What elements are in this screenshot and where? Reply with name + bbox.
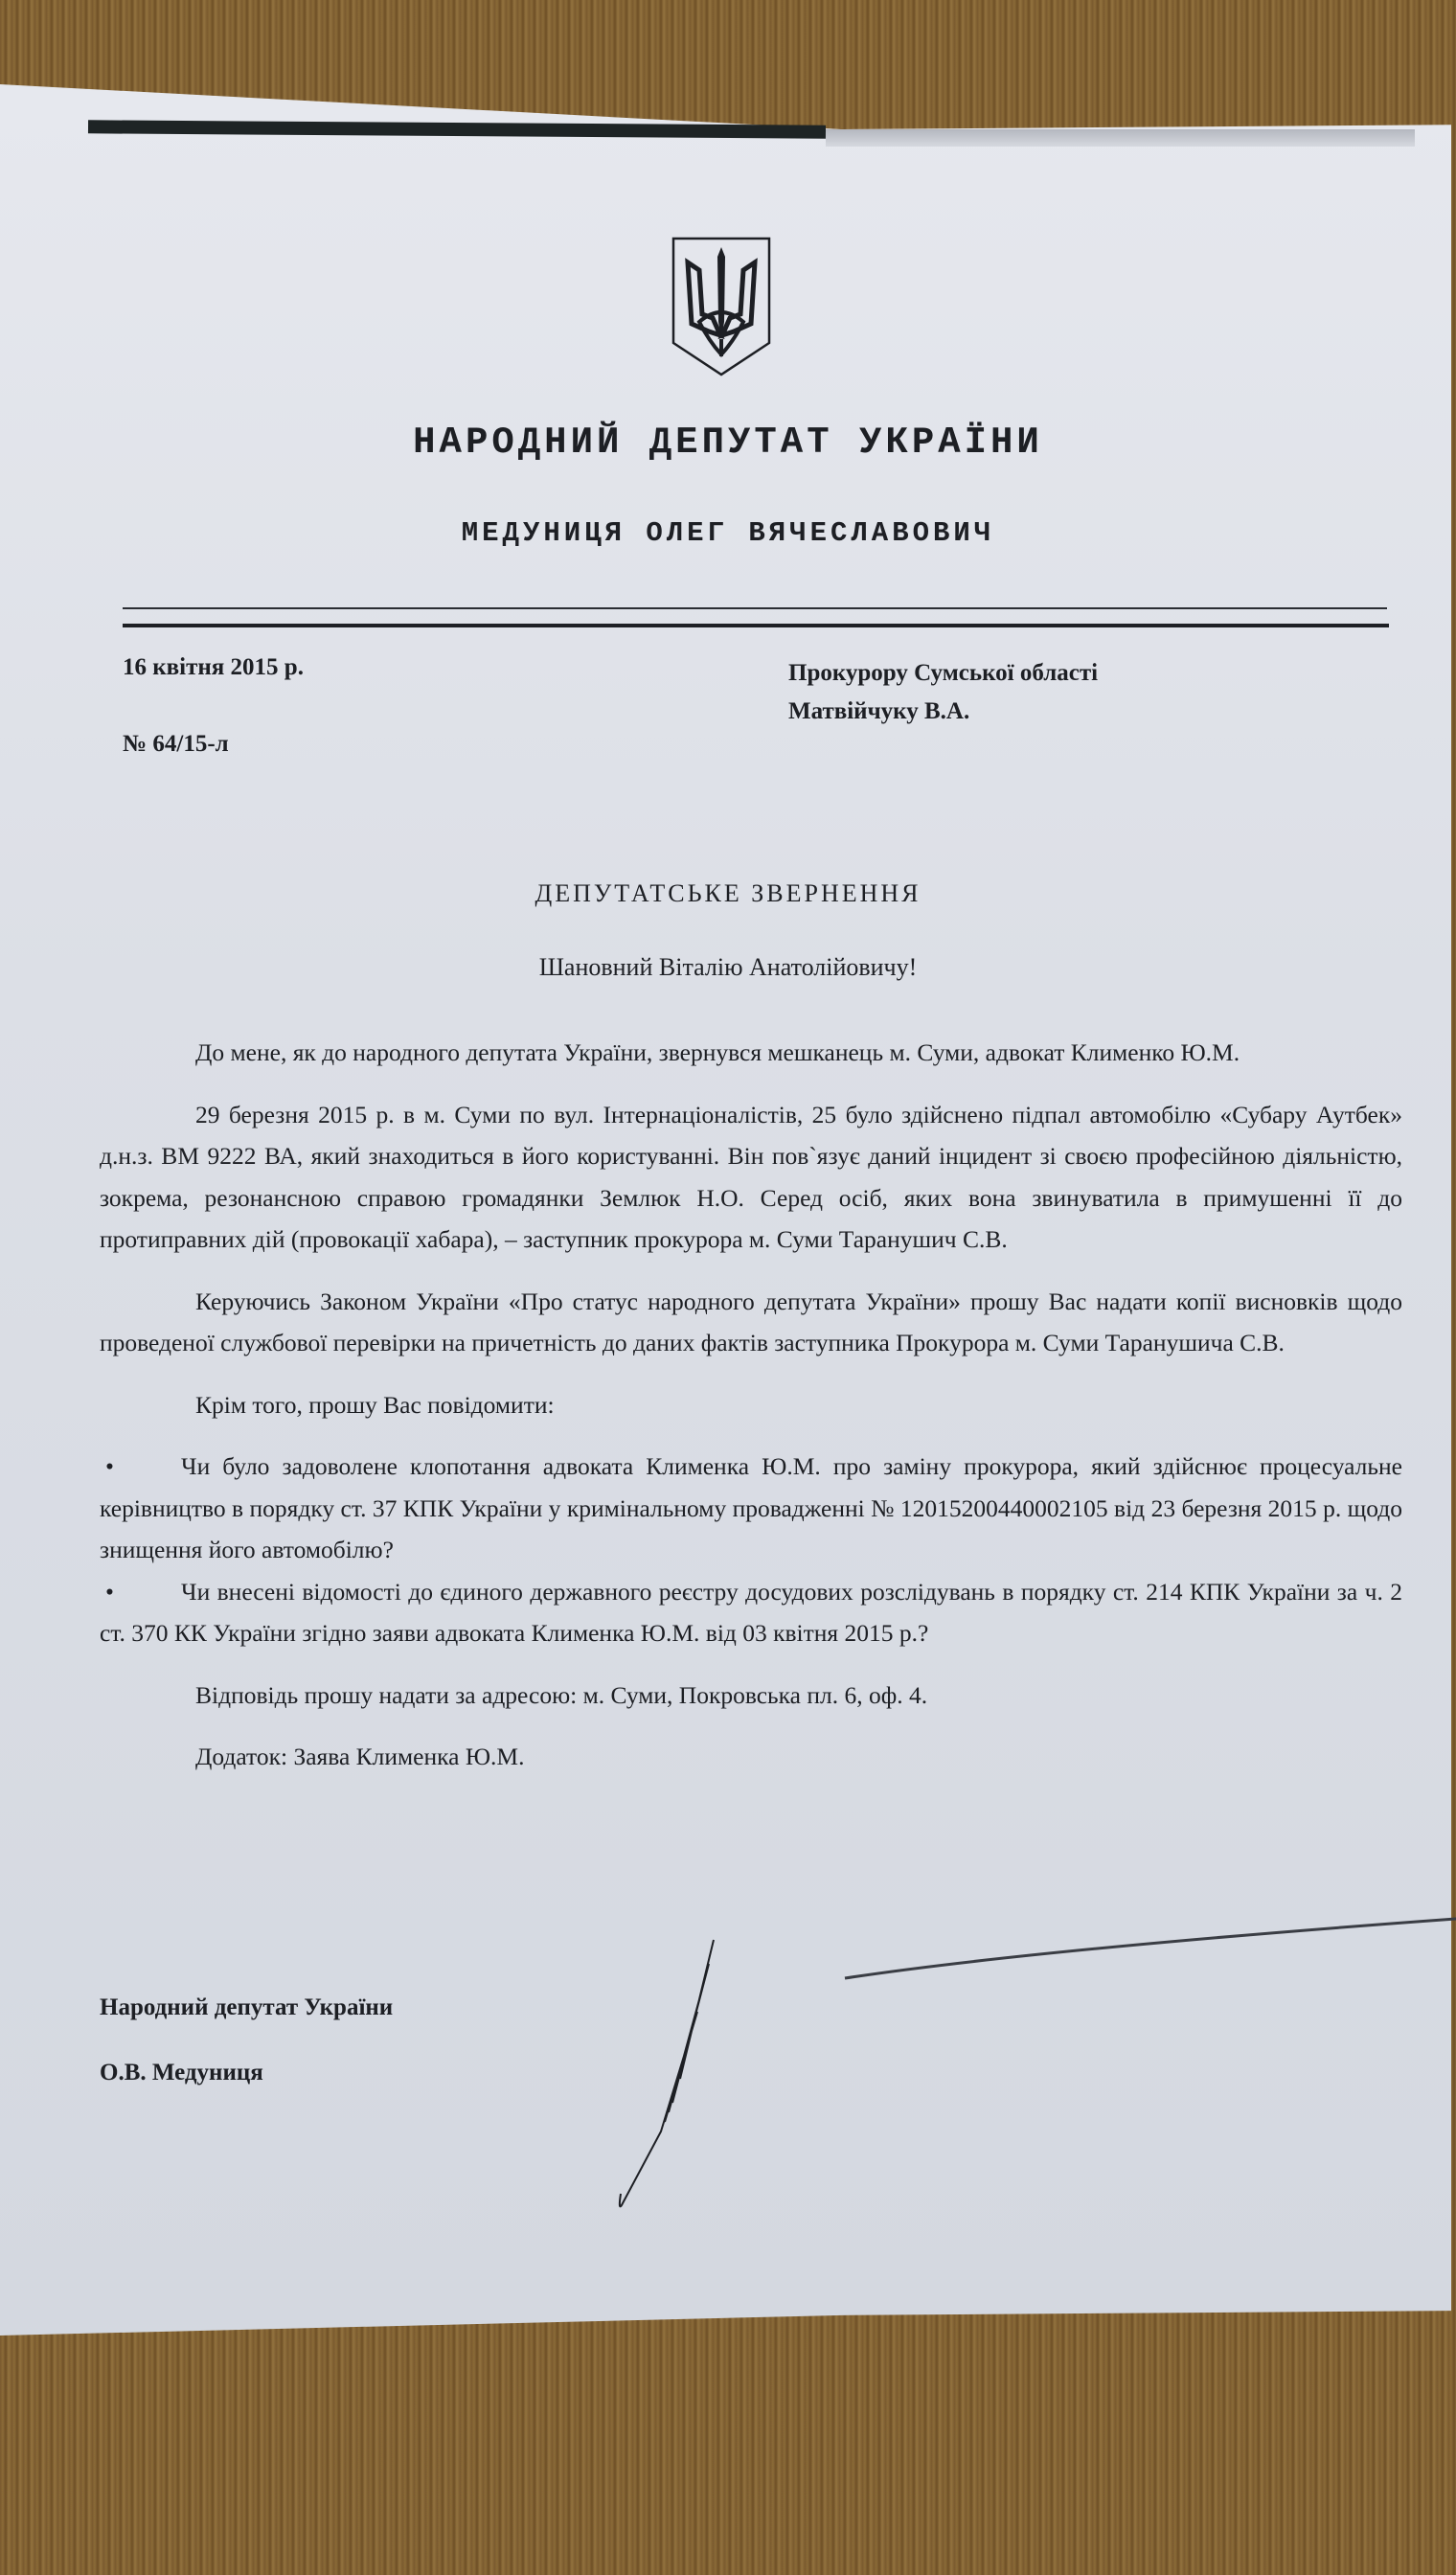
recipient-title: Прокурору Сумської області xyxy=(788,654,1098,693)
paragraph: 29 березня 2015 р. в м. Суми по вул. Інт… xyxy=(100,1094,1402,1261)
bullet-icon: • xyxy=(105,1446,114,1488)
list-item-text: Чи було задоволене клопотання адвоката К… xyxy=(100,1452,1402,1563)
header-title: НАРОДНИЙ ДЕПУТАТ УКРАЇНИ xyxy=(0,422,1456,464)
paragraph: Крім того, прошу Вас повідомити: xyxy=(100,1384,1402,1426)
header-gray-bar xyxy=(826,129,1415,147)
request-list: •Чи було задоволене клопотання адвоката … xyxy=(100,1446,1402,1654)
signer-name: О.В. Медуниця xyxy=(100,2054,393,2092)
list-item: •Чи було задоволене клопотання адвоката … xyxy=(100,1446,1402,1571)
signature-block: Народний депутат України О.В. Медуниця xyxy=(100,1989,393,2092)
attachment-note: Додаток: Заява Клименка Ю.М. xyxy=(100,1736,1402,1778)
reply-address: Відповідь прошу надати за адресою: м. Су… xyxy=(100,1675,1402,1717)
list-item: •Чи внесені відомості до єдиного державн… xyxy=(100,1571,1402,1654)
divider-thick xyxy=(123,624,1389,627)
pen-stroke xyxy=(843,1911,1456,1988)
paragraph: Керуючись Законом України «Про статус на… xyxy=(100,1281,1402,1364)
recipient-block: Прокурору Сумської області Матвійчуку В.… xyxy=(788,654,1098,731)
handwritten-signature xyxy=(565,1935,718,2213)
greeting: Шановний Віталію Анатолійовичу! xyxy=(0,953,1456,982)
signer-position: Народний депутат України xyxy=(100,1989,393,2027)
header-deputy-name: МЕДУНИЦЯ ОЛЕГ ВЯЧЕСЛАВОВИЧ xyxy=(0,517,1456,549)
letter-date: 16 квітня 2015 р. xyxy=(123,654,304,681)
ukraine-coat-of-arms-icon xyxy=(671,236,772,377)
divider-thin xyxy=(123,607,1387,609)
list-item-text: Чи внесені відомості до єдиного державно… xyxy=(100,1578,1402,1648)
letter-body: До мене, як до народного депутата Україн… xyxy=(100,1032,1402,1798)
document-title: ДЕПУТАТСЬКЕ ЗВЕРНЕННЯ xyxy=(0,879,1456,908)
recipient-name: Матвійчуку В.А. xyxy=(788,693,1098,731)
paragraph: До мене, як до народного депутата Україн… xyxy=(100,1032,1402,1074)
bullet-icon: • xyxy=(105,1571,114,1613)
letter-meta: 16 квітня 2015 р. № 64/15-л xyxy=(123,654,304,758)
letter-number: № 64/15-л xyxy=(123,731,304,758)
